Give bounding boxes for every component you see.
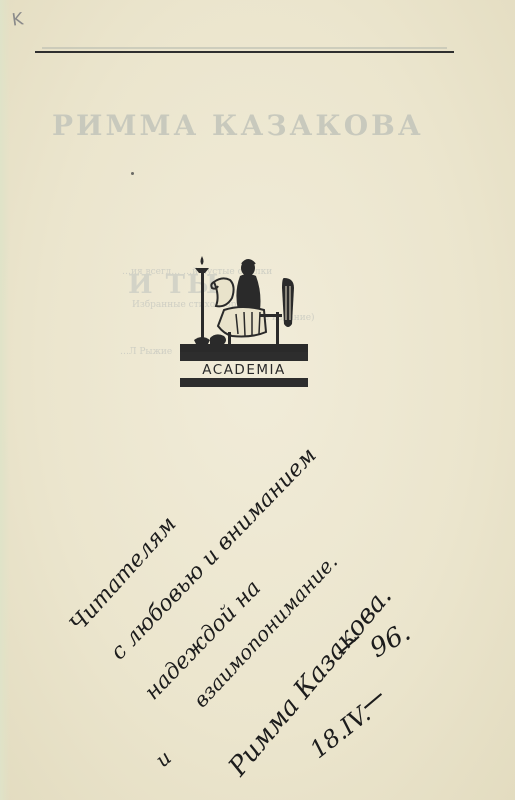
inscription-line-5: и [151,745,176,772]
date-day-month: 18.IV. [305,700,376,764]
date-underline [364,693,382,709]
signature: Римма Казакова. [223,582,398,782]
handwritten-inscription: Читателям с любовью и вниманием надеждой… [0,0,515,800]
scanned-title-page: K РИММА КАЗАКОВА …ия всегд… …й пустые сс… [0,0,515,800]
